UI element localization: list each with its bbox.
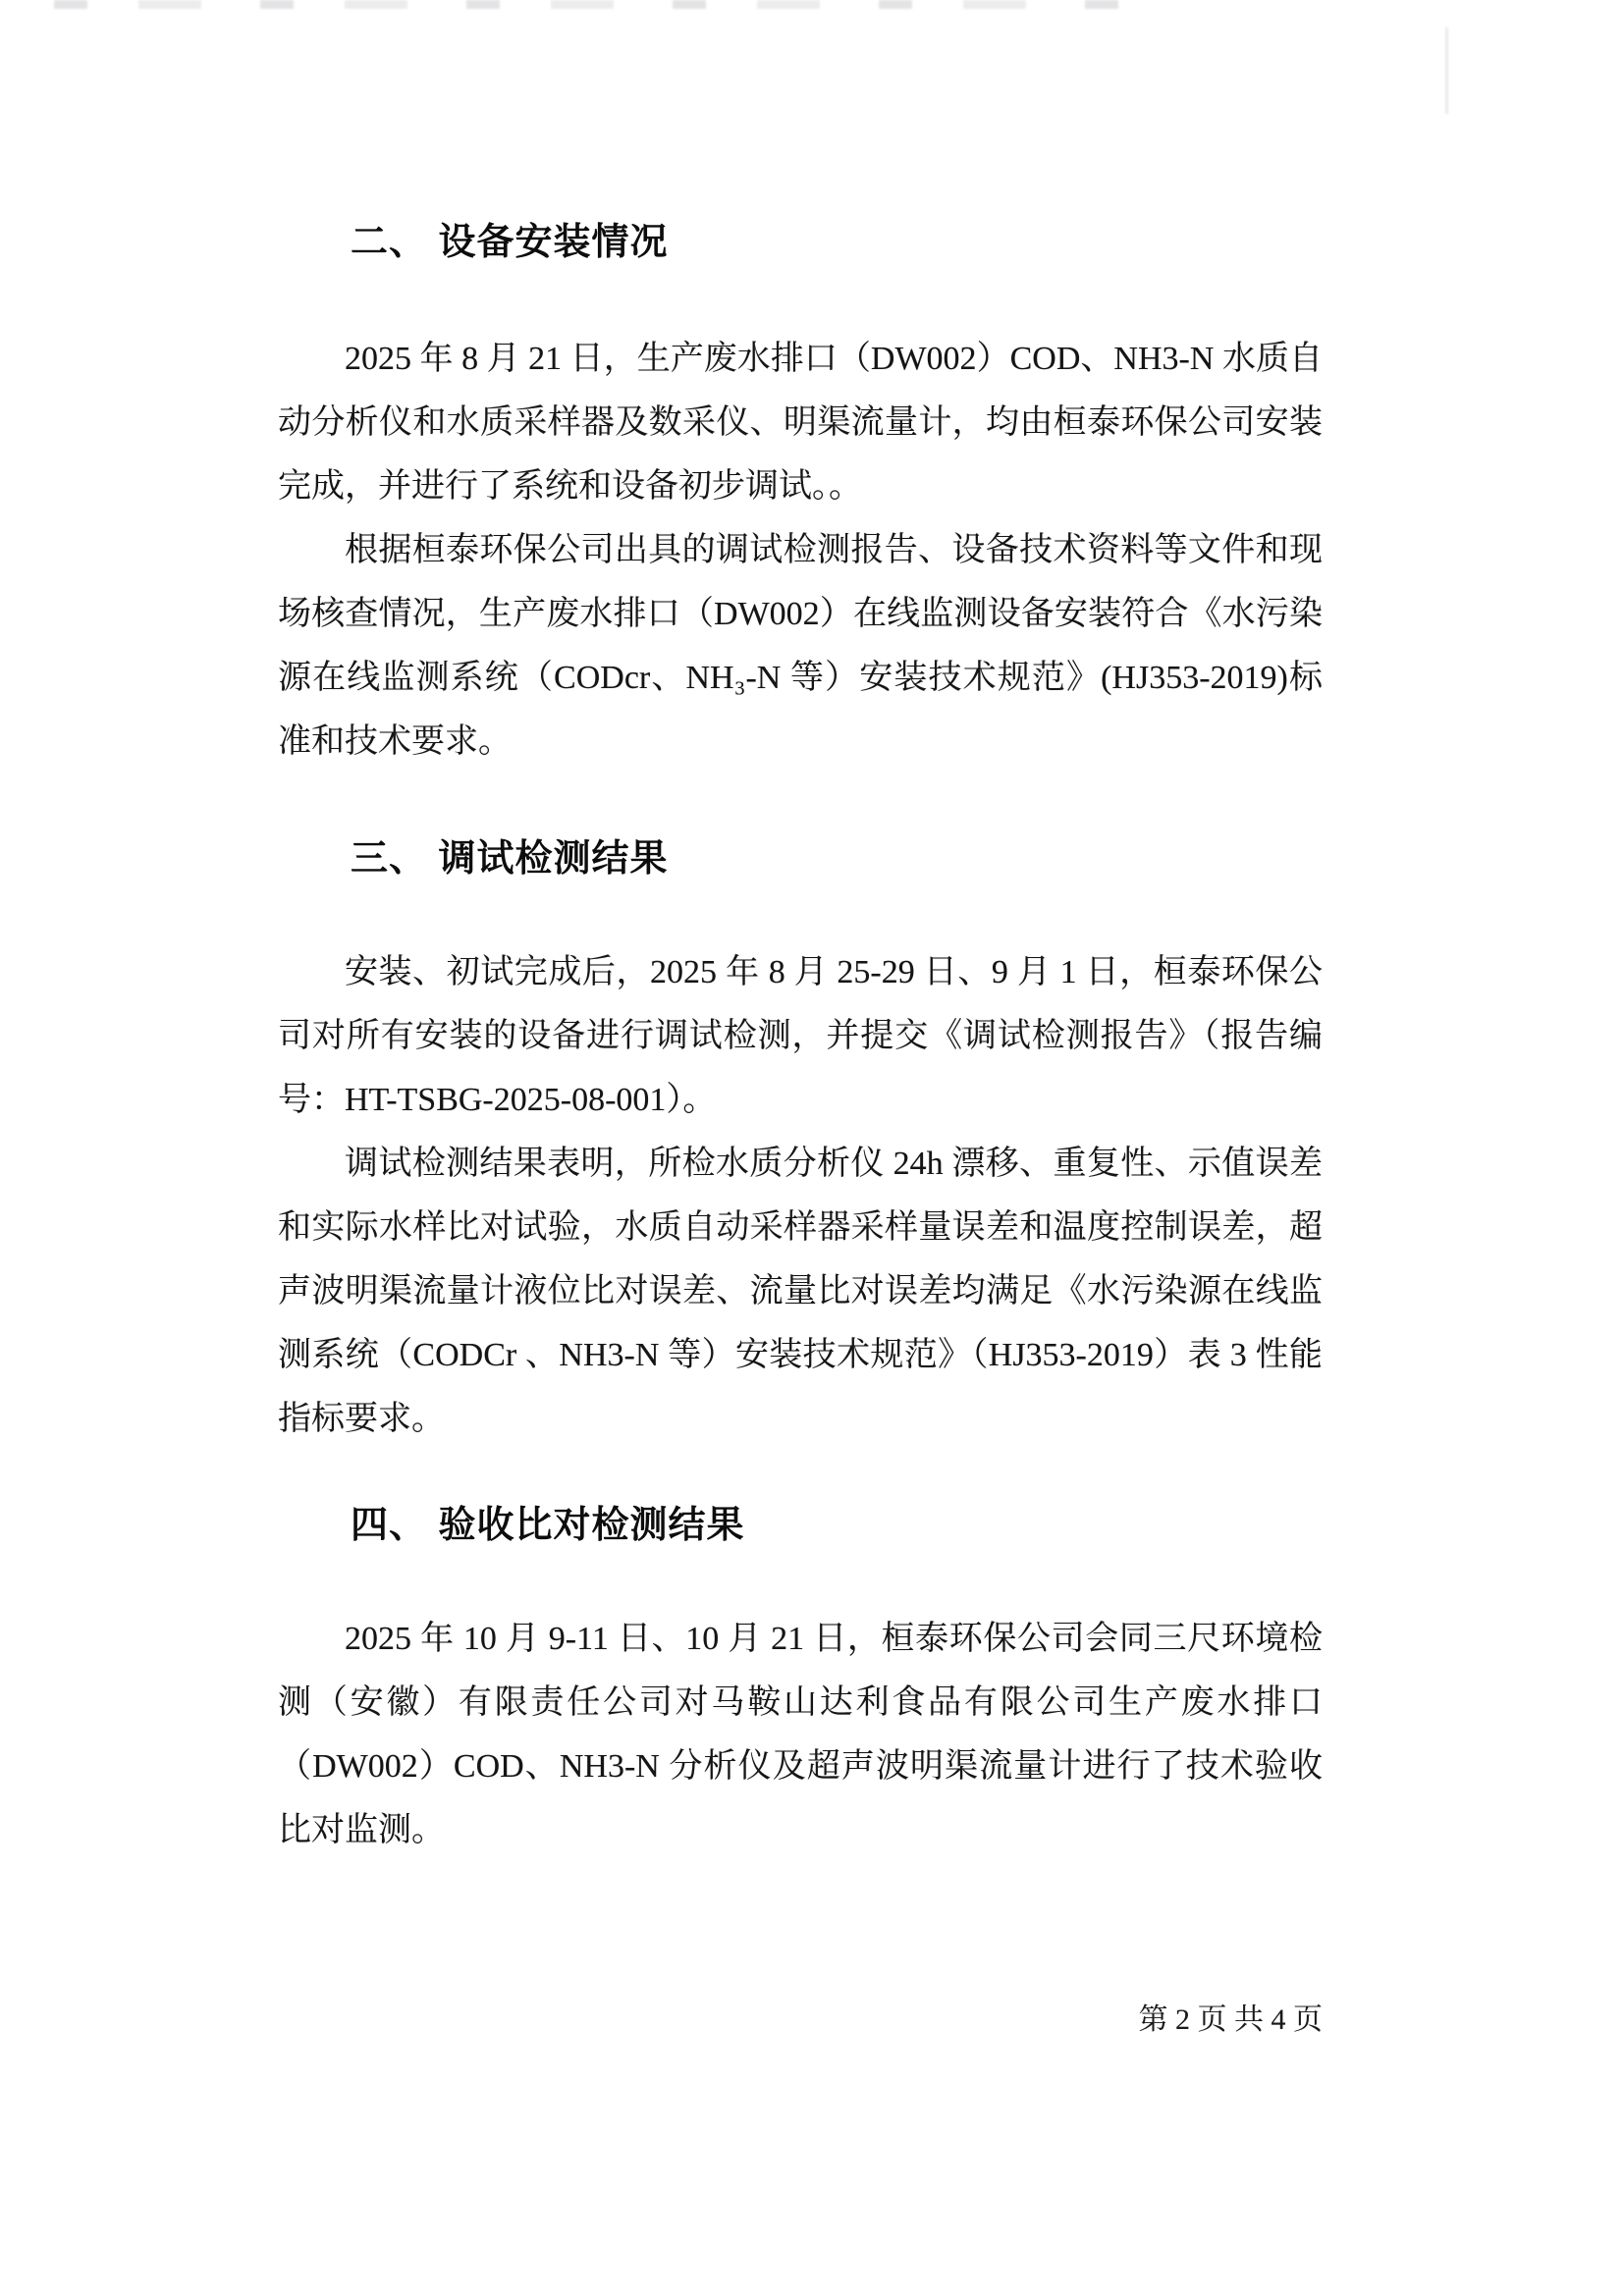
section-heading-debug-test-results: 三、 调试检测结果 xyxy=(278,829,1323,888)
page-number-footer: 第 2 页 共 4 页 xyxy=(1139,2002,1324,2038)
document-page: { "page": { "background": "#ffffff", "te… xyxy=(0,0,1623,2296)
section-heading-equipment-installation: 二、 设备安装情况 xyxy=(278,213,1323,272)
paragraph-acceptance-comparison-monitoring: 2025 年 10 月 9-11 日、10 月 21 日，桓泰环保公司会同三尺环… xyxy=(278,1607,1323,1862)
section-heading-acceptance-comparison-results: 四、 验收比对检测结果 xyxy=(278,1496,1323,1555)
document-body: 二、 设备安装情况 2025 年 8 月 21 日，生产废水排口（DW002）C… xyxy=(278,0,1323,1862)
paragraph-installation-compliance: 根据桓泰环保公司出具的调试检测报告、设备技术资料等文件和现场核查情况，生产废水排… xyxy=(278,518,1323,774)
scan-artifact-right xyxy=(1445,27,1448,114)
paragraph-debug-test-findings: 调试检测结果表明，所检水质分析仪 24h 漂移、重复性、示值误差和实际水样比对试… xyxy=(278,1132,1323,1451)
paragraph-debug-test-report: 安装、初试完成后，2025 年 8 月 25-29 日、9 月 1 日，桓泰环保… xyxy=(278,940,1323,1132)
paragraph-installation-summary: 2025 年 8 月 21 日，生产废水排口（DW002）COD、NH3-N 水… xyxy=(278,327,1323,518)
